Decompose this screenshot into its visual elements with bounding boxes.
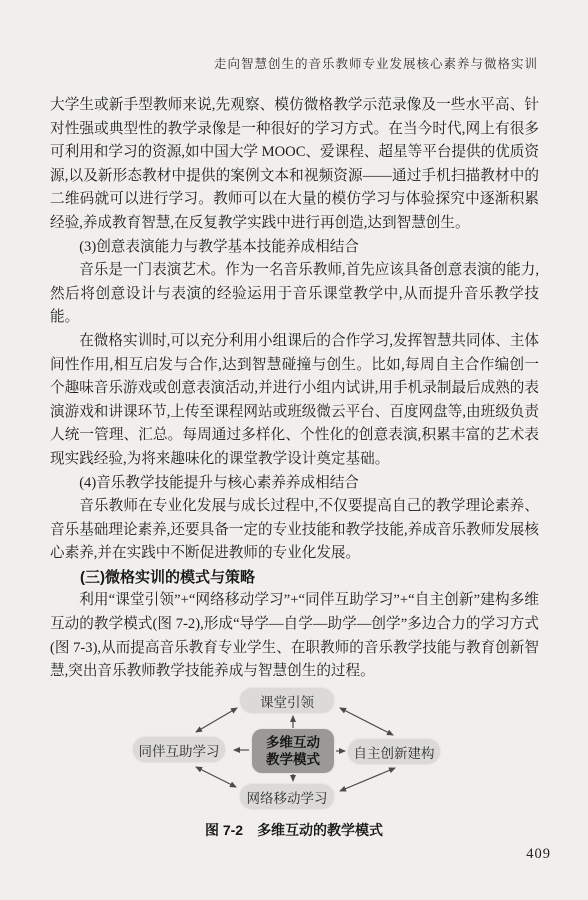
list-item-3-heading: (3)创意表演能力与教学基本技能养成相结合 bbox=[50, 236, 539, 260]
diagram-node-peer-assisted-learning: 同伴互助学习 bbox=[133, 737, 225, 762]
paragraph: 利用“课堂引领”+“网络移动学习”+“同伴互助学习”+“自主创新”建构多维互动的… bbox=[50, 589, 539, 683]
running-header: 走向智慧创生的音乐教师专业发展核心素养与微格实训 bbox=[50, 54, 538, 72]
diagram-node-multidimensional-interaction: 多维互动 教学模式 bbox=[252, 729, 334, 773]
book-page: 走向智慧创生的音乐教师专业发展核心素养与微格实训 大学生或新手型教师来说,先观察… bbox=[0, 0, 588, 900]
arrow-left-bottom bbox=[196, 767, 236, 787]
figure-caption-text: 多维互动的教学模式 bbox=[257, 822, 383, 838]
body-text: 大学生或新手型教师来说,先观察、模仿微格教学示范录像及一些水平高、针对性强或典型… bbox=[50, 94, 539, 684]
paragraph: 音乐是一门表演艺术。作为一名音乐教师,首先应该具备创意表演的能力,然后将创意设计… bbox=[50, 259, 539, 330]
paragraph: 音乐教师在专业化发展与成长过程中,不仅要提高自己的教学理论素养、音乐基础理论素养… bbox=[50, 495, 539, 566]
diagram-node-network-mobile-learning: 网络移动学习 bbox=[240, 784, 334, 809]
node-label-line1: 多维互动 bbox=[266, 734, 320, 751]
list-item-4-heading: (4)音乐教学技能提升与核心素养养成相结合 bbox=[50, 472, 539, 496]
figure-7-2: 课堂引领 同伴互助学习 多维互动 教学模式 自主创新建构 网络移动学习 图 7-… bbox=[0, 680, 588, 865]
arrow-bottom-right bbox=[340, 768, 395, 791]
arrow-left-top bbox=[196, 708, 237, 732]
node-label: 网络移动学习 bbox=[247, 787, 328, 807]
paragraph-continuation: 大学生或新手型教师来说,先观察、模仿微格教学示范录像及一些水平高、针对性强或典型… bbox=[50, 94, 539, 236]
diagram-node-classroom-leading: 课堂引领 bbox=[240, 688, 334, 713]
node-label: 同伴互助学习 bbox=[139, 740, 220, 760]
section-heading: (三)微格实训的模式与策略 bbox=[50, 566, 539, 590]
diagram-node-independent-innovation: 自主创新建构 bbox=[348, 739, 440, 764]
figure-caption: 图 7-2多维互动的教学模式 bbox=[0, 820, 588, 840]
node-label: 课堂引领 bbox=[260, 691, 314, 711]
paragraph: 在微格实训时,可以充分利用小组课后的合作学习,发挥智慧共同体、主体间性作用,相互… bbox=[50, 330, 539, 472]
figure-caption-label: 图 7-2 bbox=[205, 822, 243, 838]
arrow-top-right bbox=[340, 708, 393, 735]
page-number: 409 bbox=[526, 846, 551, 863]
node-label-line2: 教学模式 bbox=[266, 751, 320, 768]
node-label: 自主创新建构 bbox=[354, 742, 435, 762]
